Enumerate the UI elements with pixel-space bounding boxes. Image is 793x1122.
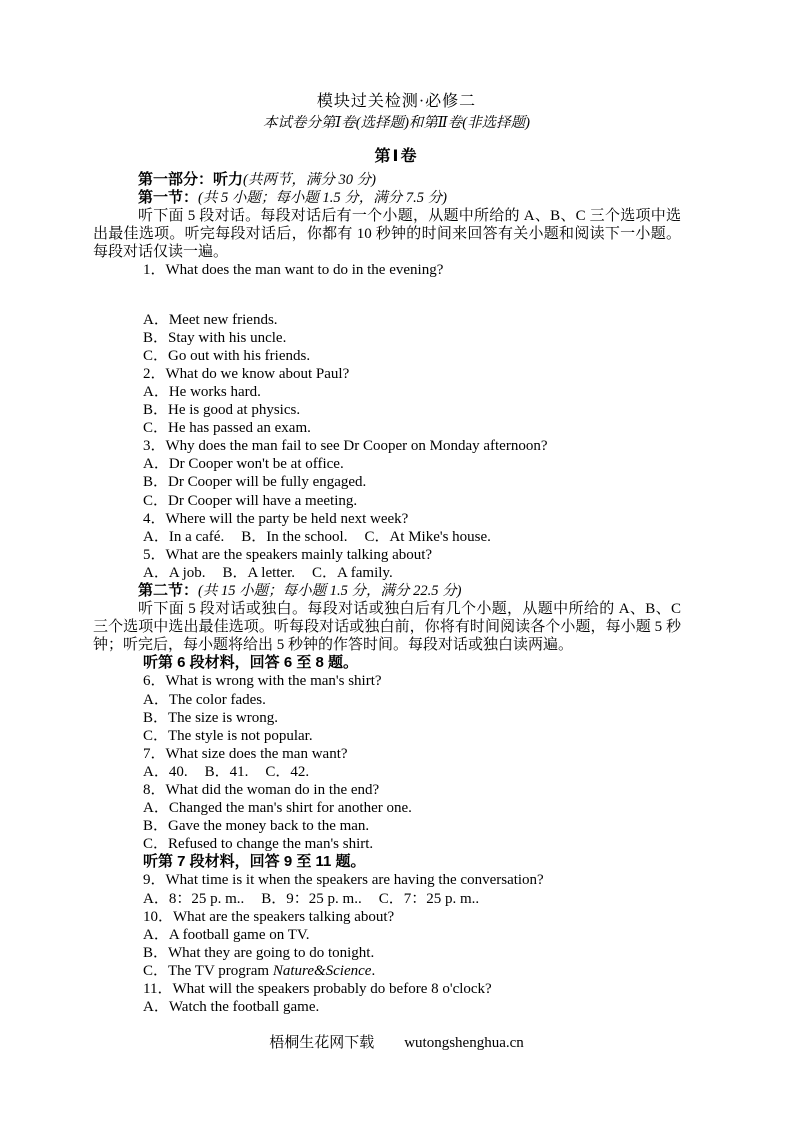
q3-option-b: B．Dr Cooper will be fully engaged.	[93, 473, 681, 491]
question-text: What are the speakers mainly talking abo…	[166, 547, 433, 563]
question-8: 8．What did the woman do in the end?	[93, 781, 681, 799]
q10-option-b: B．What they are going to do tonight.	[93, 944, 681, 962]
part1-heading-title: 第一部分：听力	[138, 171, 243, 188]
q7-options: A．40.B．41.C．42.	[93, 763, 681, 781]
question-number: 7．	[143, 746, 166, 762]
q3-option-c: C．Dr Cooper will have a meeting.	[93, 492, 681, 510]
part1-heading-note: (共两节，满分 30 分)	[243, 172, 376, 188]
q10-option-c-suffix: .	[371, 963, 375, 979]
q6-option-b: B．The size is wrong.	[93, 709, 681, 727]
doc-title: 模块过关检测·必修二	[0, 92, 793, 111]
question-number: 3．	[143, 438, 166, 454]
material-6-heading: 听第 6 段材料，回答 6 至 8 题。	[93, 654, 681, 672]
question-number: 8．	[143, 782, 166, 798]
q10-option-c-program-title: Nature&Science	[273, 963, 372, 979]
question-number: 10．	[143, 909, 173, 925]
question-text: What do we know about Paul?	[166, 366, 350, 382]
q4-option-c: C．At Mike's house.	[364, 529, 490, 545]
q9-option-a: A．8：25 p. m..	[143, 891, 244, 907]
q1-option-a: A．Meet new friends.	[93, 311, 681, 329]
q9-options: A．8：25 p. m..B．9：25 p. m..C．7：25 p. m..	[93, 890, 681, 908]
q7-option-c: C．42.	[265, 764, 309, 780]
section2-instructions: 听下面 5 段对话或独白。每段对话或独白后有几个小题，从题中所给的 A、B、C …	[93, 600, 681, 654]
q5-option-c: C．A family.	[312, 565, 393, 581]
q4-option-b: B．In the school.	[241, 529, 347, 545]
exam-body: 第一部分：听力(共两节，满分 30 分) 第一节：(共 5 小题；每小题 1.5…	[93, 171, 681, 1016]
doc-subtitle: 本试卷分第Ⅰ卷(选择题)和第Ⅱ卷(非选择题)	[0, 114, 793, 133]
question-number: 6．	[143, 673, 166, 689]
footer-site-name: 梧桐生花网下载	[269, 1035, 374, 1051]
section2-heading-note: (共 15 小题；每小题 1.5 分，满分 22.5 分)	[198, 583, 461, 599]
q10-option-c: C．The TV program Nature&Science.	[93, 962, 681, 980]
q4-options: A．In a café.B．In the school.C．At Mike's …	[93, 528, 681, 546]
q9-option-b: B．9：25 p. m..	[261, 891, 361, 907]
question-5: 5．What are the speakers mainly talking a…	[93, 546, 681, 564]
q7-option-b: B．41.	[205, 764, 249, 780]
q8-option-c: C．Refused to change the man's shirt.	[93, 835, 681, 853]
question-number: 9．	[143, 872, 166, 888]
question-text: What did the woman do in the end?	[166, 782, 380, 798]
footer-site-url: wutongshenghua.cn	[404, 1035, 524, 1051]
q2-option-b: B．He is good at physics.	[93, 401, 681, 419]
q9-option-c: C．7：25 p. m..	[379, 891, 479, 907]
q7-option-a: A．40.	[143, 764, 188, 780]
q6-option-c: C．The style is not popular.	[93, 727, 681, 745]
q1-option-b: B．Stay with his uncle.	[93, 329, 681, 347]
q10-option-a: A．A football game on TV.	[93, 926, 681, 944]
page-header: 模块过关检测·必修二 本试卷分第Ⅰ卷(选择题)和第Ⅱ卷(非选择题) 第Ⅰ卷	[0, 0, 793, 166]
q5-option-a: A．A job.	[143, 565, 206, 581]
question-1: 1．What does the man want to do in the ev…	[93, 261, 681, 279]
question-text: What size does the man want?	[166, 746, 348, 762]
q8-option-b: B．Gave the money back to the man.	[93, 817, 681, 835]
question-3: 3．Why does the man fail to see Dr Cooper…	[93, 437, 681, 455]
question-text: What is wrong with the man's shirt?	[166, 673, 382, 689]
section1-heading: 第一节：(共 5 小题；每小题 1.5 分，满分 7.5 分)	[93, 189, 681, 207]
q11-option-a: A．Watch the football game.	[93, 998, 681, 1016]
question-number: 2．	[143, 366, 166, 382]
q1-option-c: C．Go out with his friends.	[93, 347, 681, 365]
question-text: Where will the party be held next week?	[166, 511, 409, 527]
question-1-gap	[93, 280, 681, 311]
question-text: Why does the man fail to see Dr Cooper o…	[166, 438, 548, 454]
question-text: What will the speakers probably do befor…	[172, 981, 491, 997]
question-7: 7．What size does the man want?	[93, 745, 681, 763]
q10-option-c-prefix: C．The TV program	[143, 963, 273, 979]
q5-option-b: B．A letter.	[223, 565, 296, 581]
q2-option-a: A．He works hard.	[93, 383, 681, 401]
q3-option-a: A．Dr Cooper won't be at office.	[93, 455, 681, 473]
question-2: 2．What do we know about Paul?	[93, 365, 681, 383]
question-6: 6．What is wrong with the man's shirt?	[93, 672, 681, 690]
section1-heading-title: 第一节：	[138, 189, 198, 206]
q4-option-a: A．In a café.	[143, 529, 224, 545]
section1-instructions: 听下面 5 段对话。每段对话后有一个小题，从题中所给的 A、B、C 三个选项中选…	[93, 207, 681, 261]
question-10: 10．What are the speakers talking about?	[93, 908, 681, 926]
question-11: 11．What will the speakers probably do be…	[93, 980, 681, 998]
q5-options: A．A job.B．A letter.C．A family.	[93, 564, 681, 582]
question-4: 4．Where will the party be held next week…	[93, 510, 681, 528]
section2-heading: 第二节：(共 15 小题；每小题 1.5 分，满分 22.5 分)	[93, 582, 681, 600]
question-number: 5．	[143, 547, 166, 563]
question-text: What time is it when the speakers are ha…	[166, 872, 544, 888]
section1-heading-note: (共 5 小题；每小题 1.5 分，满分 7.5 分)	[198, 190, 447, 206]
page-footer: 梧桐生花网下载wutongshenghua.cn	[0, 1034, 793, 1053]
q2-option-c: C．He has passed an exam.	[93, 419, 681, 437]
volume-heading: 第Ⅰ卷	[0, 147, 793, 166]
q6-option-a: A．The color fades.	[93, 691, 681, 709]
q8-option-a: A．Changed the man's shirt for another on…	[93, 799, 681, 817]
part1-heading: 第一部分：听力(共两节，满分 30 分)	[93, 171, 681, 189]
question-number: 11．	[143, 981, 172, 997]
section2-heading-title: 第二节：	[138, 582, 198, 599]
question-9: 9．What time is it when the speakers are …	[93, 871, 681, 889]
question-text: What are the speakers talking about?	[173, 909, 394, 925]
question-number: 4．	[143, 511, 166, 527]
material-7-heading: 听第 7 段材料，回答 9 至 11 题。	[93, 853, 681, 871]
question-number: 1．	[143, 262, 166, 278]
question-text: What does the man want to do in the even…	[166, 262, 444, 278]
exam-page: 模块过关检测·必修二 本试卷分第Ⅰ卷(选择题)和第Ⅱ卷(非选择题) 第Ⅰ卷 第一…	[0, 0, 793, 1122]
